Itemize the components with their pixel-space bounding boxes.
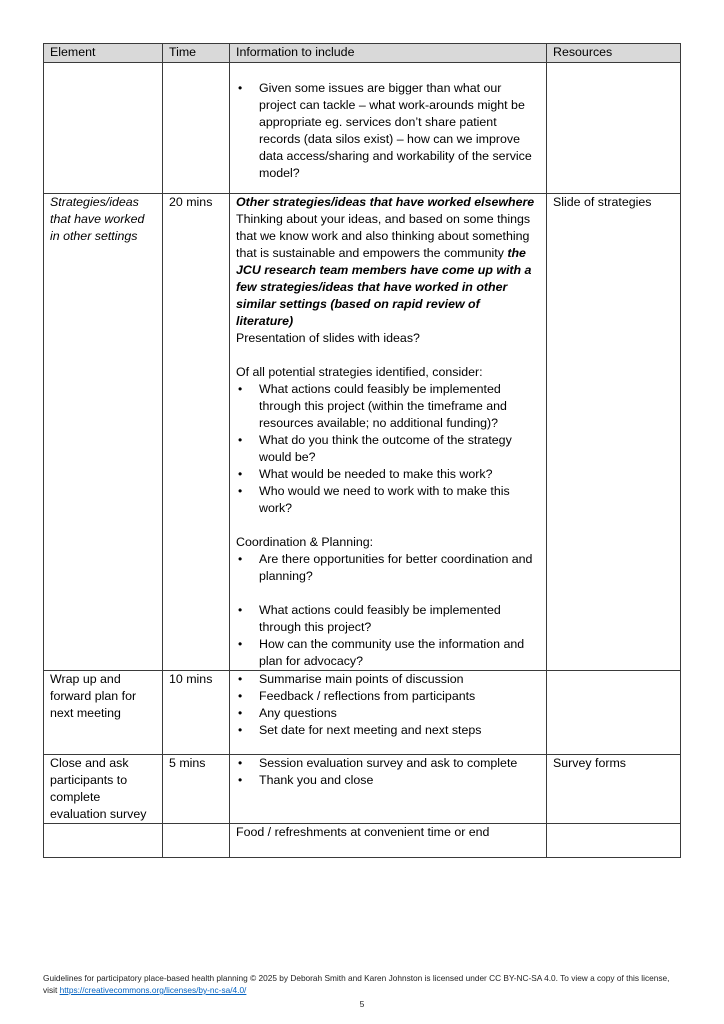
list-item: Who would we need to work with to make t…: [236, 483, 540, 517]
cell-time: [163, 63, 230, 194]
table-row: Close and ask participants to complete e…: [44, 755, 681, 824]
cell-element: Strategies/ideas that have worked in oth…: [44, 194, 163, 671]
table-row: Food / refreshments at convenient time o…: [44, 824, 681, 858]
list-item: How can the community use the informatio…: [236, 636, 540, 670]
consider-list: What actions could feasibly be implement…: [236, 381, 540, 517]
cell-element: [44, 824, 163, 858]
header-element: Element: [44, 44, 163, 63]
cell-information: Food / refreshments at convenient time o…: [230, 824, 547, 858]
list-item: Any questions: [236, 705, 540, 722]
cell-time: 5 mins: [163, 755, 230, 824]
table-header-row: Element Time Information to include Reso…: [44, 44, 681, 63]
section-heading: Other strategies/ideas that have worked …: [236, 194, 540, 211]
cell-element: Close and ask participants to complete e…: [44, 755, 163, 824]
list-item: What would be needed to make this work?: [236, 466, 540, 483]
bullet-list: Summarise main points of discussion Feed…: [236, 671, 540, 739]
list-item: Summarise main points of discussion: [236, 671, 540, 688]
cell-information: Other strategies/ideas that have worked …: [230, 194, 547, 671]
license-footer: Guidelines for participatory place-based…: [43, 972, 683, 996]
action-list: What actions could feasibly be implement…: [236, 602, 540, 670]
cell-time: 20 mins: [163, 194, 230, 671]
cell-resources: Slide of strategies: [547, 194, 681, 671]
presentation-text: Presentation of slides with ideas?: [236, 330, 540, 347]
cell-resources: [547, 63, 681, 194]
header-information: Information to include: [230, 44, 547, 63]
header-resources: Resources: [547, 44, 681, 63]
list-item: Session evaluation survey and ask to com…: [236, 755, 540, 772]
list-item: Feedback / reflections from participants: [236, 688, 540, 705]
cell-resources: Survey forms: [547, 755, 681, 824]
intro-paragraph: Thinking about your ideas, and based on …: [236, 211, 540, 330]
header-time: Time: [163, 44, 230, 63]
cell-element: [44, 63, 163, 194]
cell-information: Session evaluation survey and ask to com…: [230, 755, 547, 824]
table-row: Given some issues are bigger than what o…: [44, 63, 681, 194]
cell-resources: [547, 671, 681, 755]
list-item: What do you think the outcome of the str…: [236, 432, 540, 466]
cell-time: 10 mins: [163, 671, 230, 755]
bullet-list: Given some issues are bigger than what o…: [236, 80, 540, 182]
list-item: Thank you and close: [236, 772, 540, 789]
table-row: Strategies/ideas that have worked in oth…: [44, 194, 681, 671]
cell-time: [163, 824, 230, 858]
session-agenda-table: Element Time Information to include Reso…: [43, 43, 681, 858]
cell-information: Summarise main points of discussion Feed…: [230, 671, 547, 755]
coordination-list: Are there opportunities for better coord…: [236, 551, 540, 585]
license-link[interactable]: https://creativecommons.org/licenses/by-…: [60, 985, 247, 995]
bullet-list: Session evaluation survey and ask to com…: [236, 755, 540, 789]
page-number: 5: [0, 996, 724, 1013]
list-item: What actions could feasibly be implement…: [236, 602, 540, 636]
list-item: What actions could feasibly be implement…: [236, 381, 540, 432]
cell-element: Wrap up and forward plan for next meetin…: [44, 671, 163, 755]
cell-resources: [547, 824, 681, 858]
coordination-label: Coordination & Planning:: [236, 534, 540, 551]
list-item: Set date for next meeting and next steps: [236, 722, 540, 739]
consider-label: Of all potential strategies identified, …: [236, 364, 540, 381]
table-row: Wrap up and forward plan for next meetin…: [44, 671, 681, 755]
intro-text: Thinking about your ideas, and based on …: [236, 212, 530, 260]
cell-information: Given some issues are bigger than what o…: [230, 63, 547, 194]
list-item: Given some issues are bigger than what o…: [236, 80, 540, 182]
list-item: Are there opportunities for better coord…: [236, 551, 540, 585]
